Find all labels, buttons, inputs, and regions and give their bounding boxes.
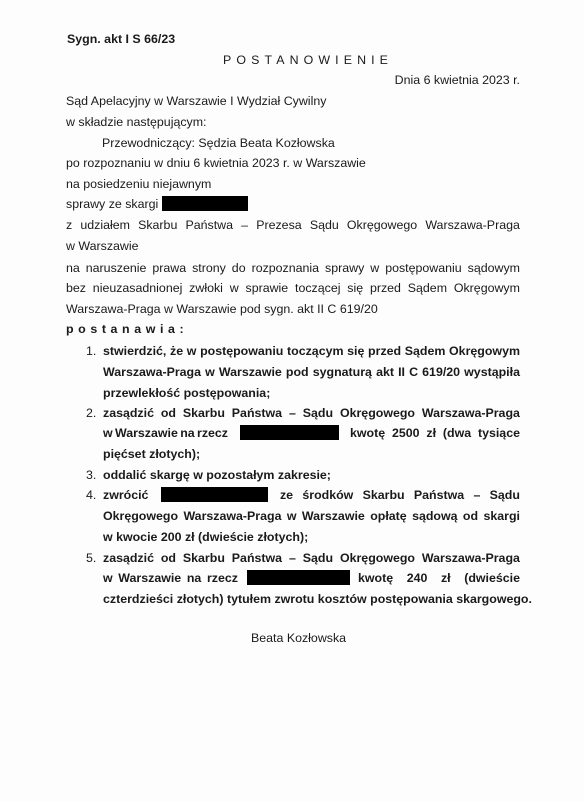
subject-row-1: nanaruszenieprawastronydorozpoznaniaspra… bbox=[66, 260, 520, 276]
subject-line-2: beznieuzasadnionejzwłokiwsprawietoczącej… bbox=[66, 280, 520, 296]
case-signature: Sygn. akt I S 66/23 bbox=[67, 31, 175, 47]
item-2-number: 2. bbox=[86, 405, 100, 421]
participation-line-2: w Warszawie bbox=[66, 238, 139, 254]
item-5-line-1: zasądzićodSkarbuPaństwa–SąduOkręgowegoWa… bbox=[103, 550, 520, 566]
document-page: Sygn. akt I S 66/23 POSTANOWIENIE Dnia 6… bbox=[0, 0, 584, 802]
item-2-line-1: zasądzićodSkarbuPaństwa–SąduOkręgowegoWa… bbox=[103, 405, 520, 421]
presiding-judge: Przewodniczący: Sędzia Beata Kozłowska bbox=[102, 135, 335, 151]
item-4-source: ześrodkówSkarbuPaństwa–Sądu bbox=[280, 487, 520, 503]
item-2-amount: kwotę2500zł(dwatysiące bbox=[350, 425, 520, 441]
document-title: POSTANOWIENIE bbox=[223, 52, 393, 68]
item-4-line-1: zwrócić ześrodkówSkarbuPaństwa–Sądu bbox=[103, 487, 520, 503]
item-4-line-2: OkręgowegoWarszawa-PragawWarszawieopłatę… bbox=[103, 508, 520, 524]
subject-line-3: Warszawa-Praga w Warszawie pod sygn. akt… bbox=[66, 301, 378, 317]
participation-row: zudziałemSkarbuPaństwa–PrezesaSąduOkręgo… bbox=[66, 217, 520, 233]
item-5-recipient-label: wWarszawienarzecz bbox=[103, 570, 238, 586]
session-type: na posiedzeniu niejawnym bbox=[66, 176, 211, 192]
item-1-line-3: przewlekłość postępowania; bbox=[103, 385, 520, 401]
item-4-number: 4. bbox=[86, 487, 100, 503]
subject-row-2: beznieuzasadnionejzwłokiwsprawietoczącej… bbox=[66, 280, 520, 296]
item-4-line-3: w kwocie 200 zł (dwieście złotych); bbox=[103, 529, 520, 545]
item-2-line-2: wWarszawienarzecz kwotę2500zł(dwatysiące bbox=[103, 425, 520, 441]
subject-line-1: nanaruszenieprawastronydorozpoznaniaspra… bbox=[66, 260, 520, 276]
court-name: Sąd Apelacyjny w Warszawie I Wydział Cyw… bbox=[66, 93, 326, 109]
item-5-line-2: wWarszawienarzecz kwotę240zł(dwieście bbox=[103, 570, 520, 586]
item-5-number: 5. bbox=[86, 550, 100, 566]
decides-heading: postanawia: bbox=[66, 321, 188, 337]
item-2-recipient-label: wWarszawienarzecz bbox=[103, 425, 228, 441]
hearing-info: po rozpoznaniu w dniu 6 kwietnia 2023 r.… bbox=[66, 155, 366, 171]
redacted-recipient-item-2 bbox=[240, 425, 339, 440]
redacted-complainant bbox=[162, 196, 248, 211]
redacted-recipient-item-5 bbox=[247, 570, 350, 585]
item-4-verb: zwrócić bbox=[103, 487, 148, 503]
composition-intro: w składzie następującym: bbox=[66, 114, 207, 130]
item-3-number: 3. bbox=[86, 467, 100, 483]
document-date: Dnia 6 kwietnia 2023 r. bbox=[395, 72, 520, 88]
participation-line-1: zudziałemSkarbuPaństwa–PrezesaSąduOkręgo… bbox=[66, 217, 520, 233]
item-5-line-3: czterdzieści złotych) tytułem zwrotu kos… bbox=[103, 591, 520, 607]
item-5-amount: kwotę240zł(dwieście bbox=[358, 570, 520, 586]
complaint-line: sprawy ze skargi bbox=[66, 196, 248, 212]
complaint-prefix: sprawy ze skargi bbox=[66, 197, 158, 211]
item-2-line-3: pięćset złotych); bbox=[103, 446, 520, 462]
item-3-line-1: oddalić skargę w pozostałym zakresie; bbox=[103, 467, 520, 483]
item-1-line-2: Warszawa-PragawWarszawiepodsygnaturąaktI… bbox=[103, 364, 520, 380]
judge-signature: Beata Kozłowska bbox=[251, 630, 346, 646]
item-1-number: 1. bbox=[86, 343, 100, 359]
item-1-line-1: stwierdzić,żewpostępowaniutoczącymsięprz… bbox=[103, 343, 520, 359]
redacted-recipient-item-4 bbox=[161, 487, 268, 502]
